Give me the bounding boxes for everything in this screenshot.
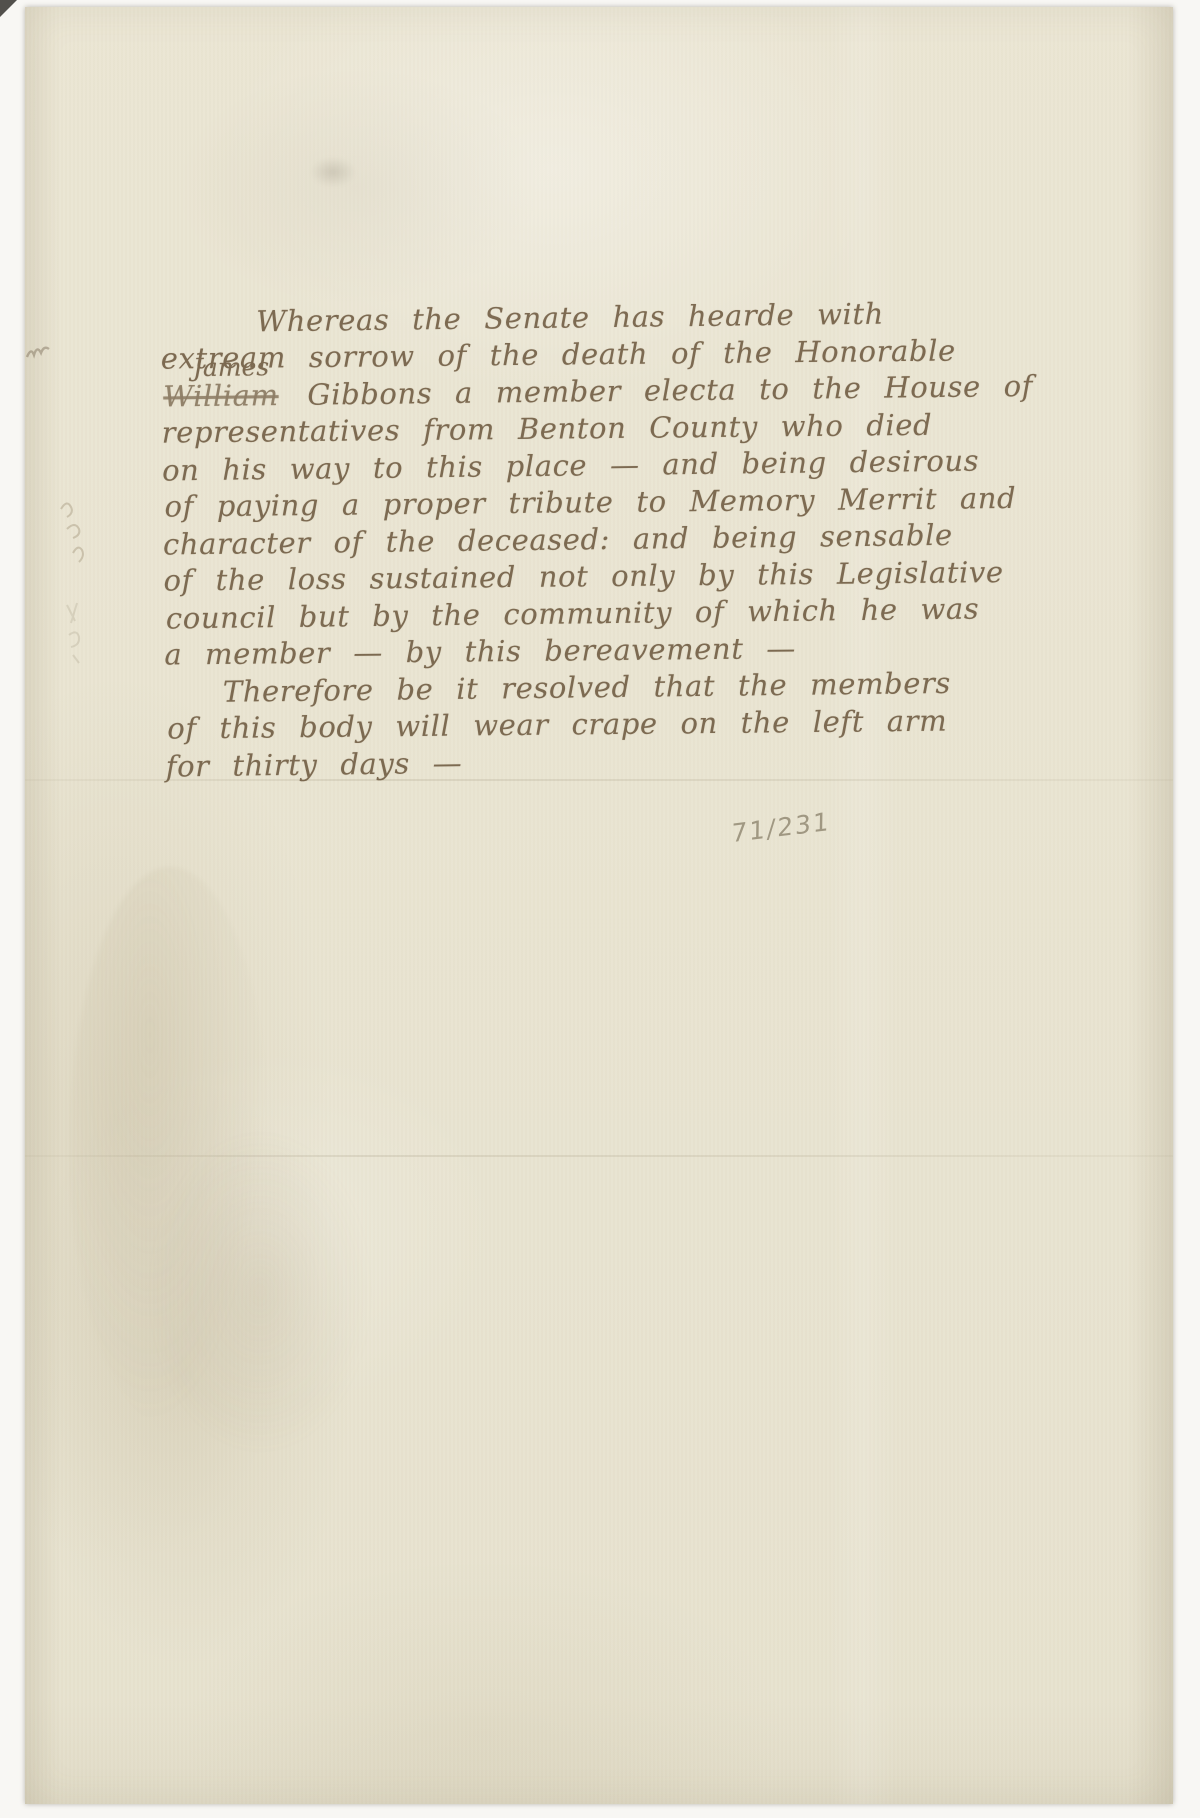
edge-ink-mark [25, 339, 53, 369]
corrected-name: James William [163, 377, 279, 415]
manuscript-text-block: Whereas the Senate has hearde with extre… [160, 294, 1066, 786]
paper-stain [310, 157, 356, 187]
margin-ink-scribble [53, 495, 113, 575]
margin-pencil-marks [55, 597, 105, 667]
manuscript-line-text: Gibbons a member electa to the House of [307, 369, 1033, 412]
scan-corner-shadow [0, 0, 17, 17]
manuscript-paper: Whereas the Senate has hearde with extre… [25, 7, 1173, 1804]
archival-number: 71/231 [731, 807, 831, 848]
struck-out-name: William [163, 378, 279, 413]
paper-stain [145, 1127, 375, 1457]
inserted-name-above: James [193, 354, 270, 380]
